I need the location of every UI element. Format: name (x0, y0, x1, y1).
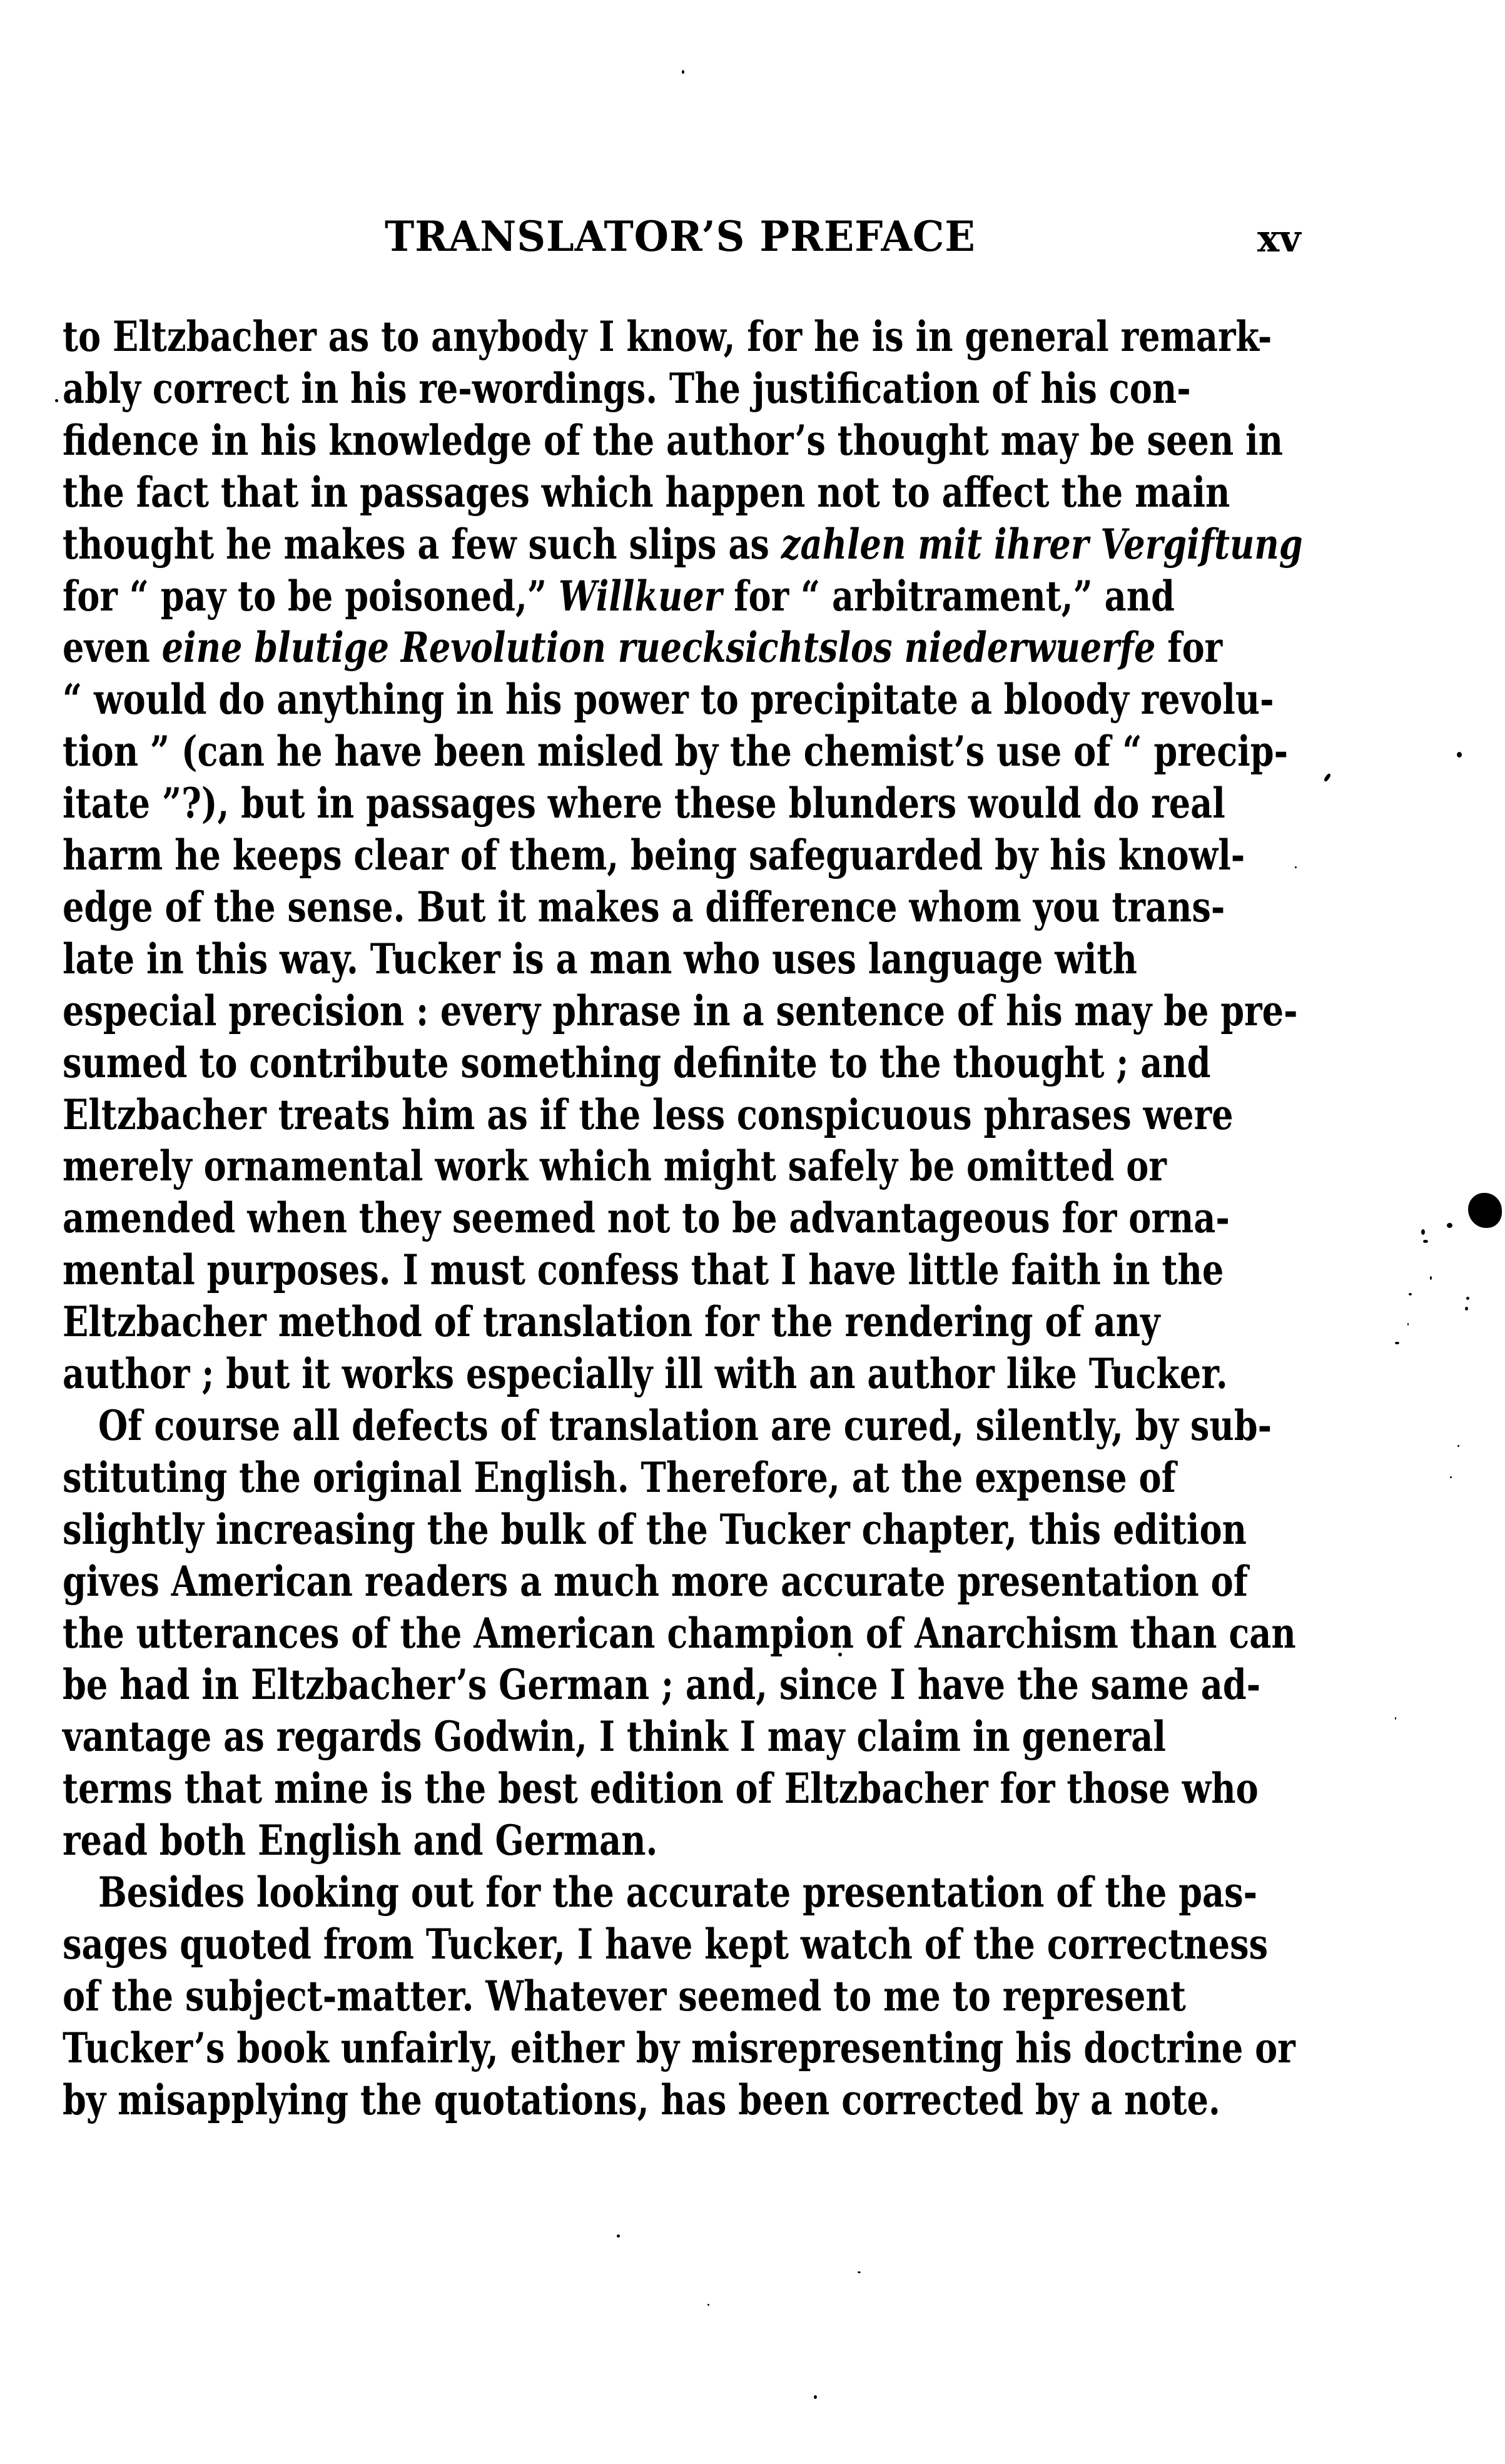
text-line: fidence in his knowledge of the author’s… (63, 415, 1283, 466)
scan-speck (1430, 1276, 1432, 1280)
text-line: of the subject-matter. Whatever seemed t… (63, 1970, 1186, 2022)
text-line: be had in Eltzbacher’s German ; and, sin… (63, 1659, 1260, 1710)
text-run: for (1155, 623, 1222, 672)
text-line: sages quoted from Tucker, I have kept wa… (63, 1919, 1268, 1970)
text-line: especial precision : every phrase in a s… (63, 985, 1298, 1037)
text-line: sumed to contribute something definite t… (63, 1037, 1211, 1088)
scan-speck (1466, 1297, 1469, 1300)
scanned-book-page: TRANSLATOR’S PREFACE xv to Eltzbacher as… (0, 0, 1505, 2464)
text-line: itate ”?), but in passages where these b… (63, 778, 1225, 829)
scan-speck (1295, 866, 1297, 868)
text-run: thought he makes a few such slips as (63, 520, 781, 569)
text-line: merely ornamental work which might safel… (63, 1140, 1167, 1192)
scan-speck (838, 1653, 842, 1656)
text-line: “ would do anything in his power to prec… (63, 674, 1274, 725)
ink-blot (1468, 1193, 1502, 1228)
text-run: even (63, 623, 162, 672)
scan-speck (1465, 1307, 1468, 1311)
text-line: ably correct in his re-wordings. The jus… (63, 363, 1191, 414)
scan-speck (1407, 1323, 1409, 1326)
scan-speck (1409, 1293, 1412, 1295)
scan-speck (1395, 1717, 1396, 1720)
scan-speck (1421, 1229, 1425, 1235)
text-line: edge of the sense. But it makes a differ… (63, 881, 1225, 933)
text-line: harm he keeps clear of them, being safeg… (63, 829, 1245, 881)
text-line: terms that mine is the best edition of E… (63, 1763, 1259, 1814)
text-line: by misapplying the quotations, has been … (63, 2074, 1220, 2126)
text-line: Of course all defects of translation are… (98, 1400, 1272, 1451)
italic-foreign-phrase: zahlen mit ihrer Vergiftung (781, 520, 1303, 569)
scan-speck (55, 399, 58, 402)
text-line: late in this way. Tucker is a man who us… (63, 933, 1137, 985)
scan-speck (1450, 1476, 1452, 1478)
scan-speck (858, 2271, 861, 2273)
scan-speck (1447, 1223, 1452, 1228)
text-line: Tucker’s book unfairly, either by misrep… (63, 2022, 1295, 2074)
text-line: tion ” (can he have been misled by the c… (63, 726, 1288, 777)
scan-speck (1457, 1445, 1459, 1447)
text-line: the fact that in passages which happen n… (63, 467, 1230, 518)
text-line: vantage as regards Godwin, I think I may… (63, 1711, 1166, 1762)
italic-foreign-phrase: eine blutige Revolution ruecksichtslos n… (162, 623, 1156, 672)
scan-tick-mark (1324, 773, 1332, 783)
text-line: read both English and German. (63, 1815, 657, 1866)
body-text: to Eltzbacher as to anybody I know, for … (63, 0, 1314, 2464)
text-line: Besides looking out for the accurate pre… (98, 1867, 1257, 1918)
text-run: for “ pay to be poisoned,” (63, 572, 559, 621)
text-line: amended when they seemed not to be advan… (63, 1192, 1230, 1244)
text-line: even eine blutige Revolution ruecksichts… (63, 622, 1222, 673)
scan-speck (682, 70, 684, 74)
text-line: Eltzbacher method of translation for the… (63, 1296, 1160, 1347)
text-line: mental purposes. I must confess that I h… (63, 1244, 1224, 1295)
text-line: the utterances of the American champion … (63, 1608, 1296, 1659)
italic-foreign-phrase: Willkuer (559, 572, 722, 621)
text-line: slightly increasing the bulk of the Tuck… (63, 1504, 1247, 1555)
text-line: to Eltzbacher as to anybody I know, for … (63, 311, 1272, 362)
scan-speck (707, 2304, 709, 2306)
text-run: for “ arbitrament,” and (722, 572, 1175, 621)
scan-speck (1423, 1240, 1428, 1243)
text-line: stituting the original English. Therefor… (63, 1452, 1176, 1503)
scan-speck (1457, 752, 1462, 758)
text-line: thought he makes a few such slips as zah… (63, 519, 1303, 570)
scan-speck (1395, 1342, 1399, 1344)
text-line: Eltzbacher treats him as if the less con… (63, 1089, 1234, 1140)
text-line: gives American readers a much more accur… (63, 1556, 1248, 1607)
scan-speck (814, 2395, 817, 2399)
text-line: for “ pay to be poisoned,” Willkuer for … (63, 570, 1175, 622)
text-line: author ; but it works especially ill wit… (63, 1348, 1228, 1399)
scan-speck (617, 2234, 620, 2238)
